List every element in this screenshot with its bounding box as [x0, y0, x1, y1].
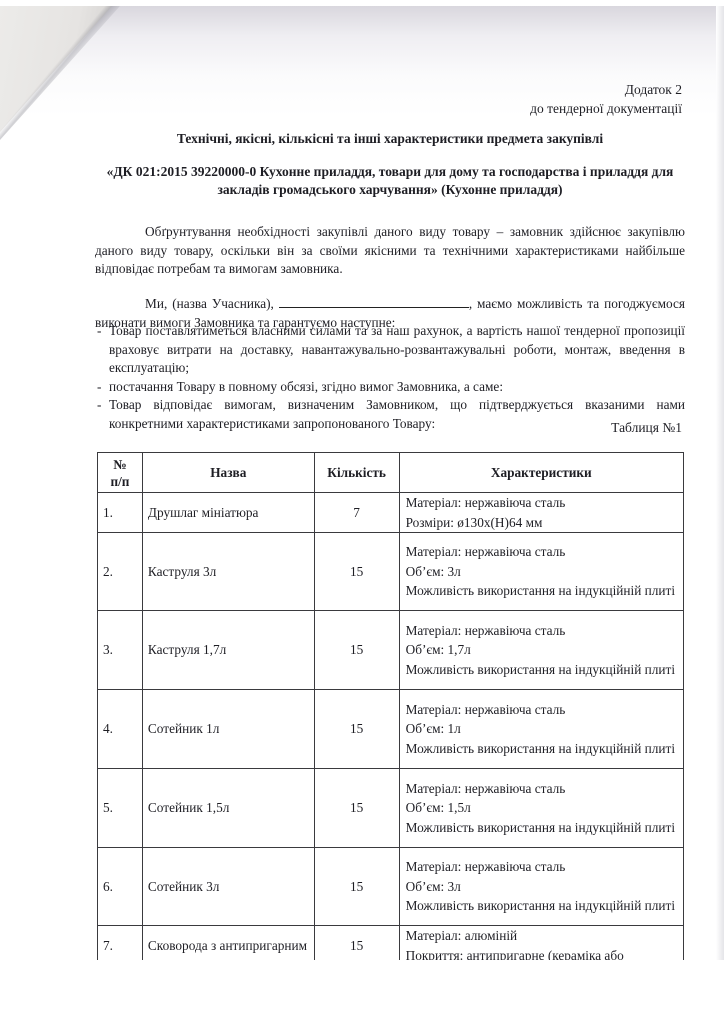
characteristic-line: Об’єм: 3л — [406, 877, 678, 897]
characteristic-line: Можливість використання на індукційній п… — [406, 660, 678, 680]
cell-number: 3. — [98, 611, 143, 690]
table-row: 1.Друшлаг мініатюра7Матеріал: нержавіюча… — [98, 493, 684, 533]
participant-name-blank[interactable] — [279, 296, 469, 308]
annex-reference: до тендерної документації — [530, 99, 682, 118]
annex-label: Додаток 2 до тендерної документації — [530, 80, 682, 118]
table-label: Таблиця №1 — [611, 420, 682, 436]
annex-number: Додаток 2 — [530, 80, 682, 99]
header-number-symbol: № — [113, 457, 126, 472]
page-edge-shadow — [716, 6, 724, 1024]
header-quantity: Кількість — [314, 453, 399, 493]
cell-number: 4. — [98, 690, 143, 769]
cell-name: Каструля 1,7л — [142, 611, 314, 690]
cell-quantity: 15 — [314, 533, 399, 611]
cell-name: Каструля 3л — [142, 533, 314, 611]
cell-characteristics: Матеріал: нержавіюча стальОб’єм: 1,7лМож… — [399, 611, 683, 690]
statement-prefix: Ми, (назва Учасника), — [145, 296, 274, 311]
characteristic-line: Матеріал: нержавіюча сталь — [406, 857, 678, 877]
list-item: постачання Товару в повному обсязі, згід… — [95, 378, 685, 397]
table-row: 5.Сотейник 1,5л15Матеріал: нержавіюча ст… — [98, 769, 684, 848]
characteristic-line: Розміри: ø130х(Н)64 мм — [406, 513, 678, 533]
cell-number: 2. — [98, 533, 143, 611]
cell-number: 6. — [98, 848, 143, 926]
characteristic-line: Матеріал: нержавіюча сталь — [406, 779, 678, 799]
header-number-label: п/п — [110, 474, 129, 489]
characteristic-line: Можливість використання на індукційній п… — [406, 818, 678, 838]
cell-name: Сотейник 1,5л — [142, 769, 314, 848]
cell-quantity: 15 — [314, 769, 399, 848]
cell-name: Друшлаг мініатюра — [142, 493, 314, 533]
cell-number: 1. — [98, 493, 143, 533]
characteristic-line: Матеріал: нержавіюча сталь — [406, 493, 678, 513]
characteristic-line: Можливість використання на індукційній п… — [406, 739, 678, 759]
document-title: Технічні, якісні, кількісні та інші хара… — [80, 131, 700, 147]
cell-characteristics: Матеріал: нержавіюча стальОб’єм: 3лМожли… — [399, 533, 683, 611]
page-bottom-margin — [0, 960, 724, 1024]
characteristic-line: Можливість використання на індукційній п… — [406, 896, 678, 916]
guarantee-list: Товар поставлятиметься власними силами т… — [95, 322, 685, 433]
cell-quantity: 7 — [314, 493, 399, 533]
characteristic-line: Матеріал: нержавіюча сталь — [406, 700, 678, 720]
table-row: 3.Каструля 1,7л15Матеріал: нержавіюча ст… — [98, 611, 684, 690]
characteristic-line: Матеріал: нержавіюча сталь — [406, 621, 678, 641]
cell-name: Сотейник 1л — [142, 690, 314, 769]
cell-characteristics: Матеріал: нержавіюча стальРозміри: ø130х… — [399, 493, 683, 533]
characteristic-line: Об’єм: 1,7л — [406, 640, 678, 660]
subtitle-line-1: «ДК 021:2015 39220000-0 Кухонне приладдя… — [80, 163, 700, 181]
table-body: 1.Друшлаг мініатюра7Матеріал: нержавіюча… — [98, 493, 684, 966]
table-row: 4.Сотейник 1л15Матеріал: нержавіюча стал… — [98, 690, 684, 769]
specification-table: № п/п Назва Кількість Характеристики 1.Д… — [97, 452, 684, 966]
cell-name: Сотейник 3л — [142, 848, 314, 926]
list-item: Товар поставлятиметься власними силами т… — [95, 322, 685, 378]
characteristic-line: Об’єм: 3л — [406, 562, 678, 582]
cell-quantity: 15 — [314, 611, 399, 690]
cell-quantity: 15 — [314, 848, 399, 926]
header-name: Назва — [142, 453, 314, 493]
table-row: 2.Каструля 3л15Матеріал: нержавіюча стал… — [98, 533, 684, 611]
header-number: № п/п — [98, 453, 143, 493]
table-row: 6.Сотейник 3л15Матеріал: нержавіюча стал… — [98, 848, 684, 926]
cell-characteristics: Матеріал: нержавіюча стальОб’єм: 3лМожли… — [399, 848, 683, 926]
document-subtitle: «ДК 021:2015 39220000-0 Кухонне приладдя… — [80, 163, 700, 199]
characteristic-line: Об’єм: 1,5л — [406, 798, 678, 818]
characteristic-line: Матеріал: нержавіюча сталь — [406, 542, 678, 562]
characteristic-line: Матеріал: алюміній — [406, 926, 678, 946]
characteristic-line: Можливість використання на індукційній п… — [406, 581, 678, 601]
cell-characteristics: Матеріал: нержавіюча стальОб’єм: 1лМожли… — [399, 690, 683, 769]
header-characteristics: Характеристики — [399, 453, 683, 493]
subtitle-line-2: закладів громадського харчування» (Кухон… — [80, 181, 700, 199]
table-header-row: № п/п Назва Кількість Характеристики — [98, 453, 684, 493]
list-item: Товар відповідає вимогам, визначеним Зам… — [95, 396, 685, 433]
characteristic-line: Об’єм: 1л — [406, 719, 678, 739]
cell-characteristics: Матеріал: нержавіюча стальОб’єм: 1,5лМож… — [399, 769, 683, 848]
cell-number: 5. — [98, 769, 143, 848]
cell-quantity: 15 — [314, 690, 399, 769]
justification-paragraph: Обґрунтування необхідності закупівлі дан… — [95, 223, 685, 279]
